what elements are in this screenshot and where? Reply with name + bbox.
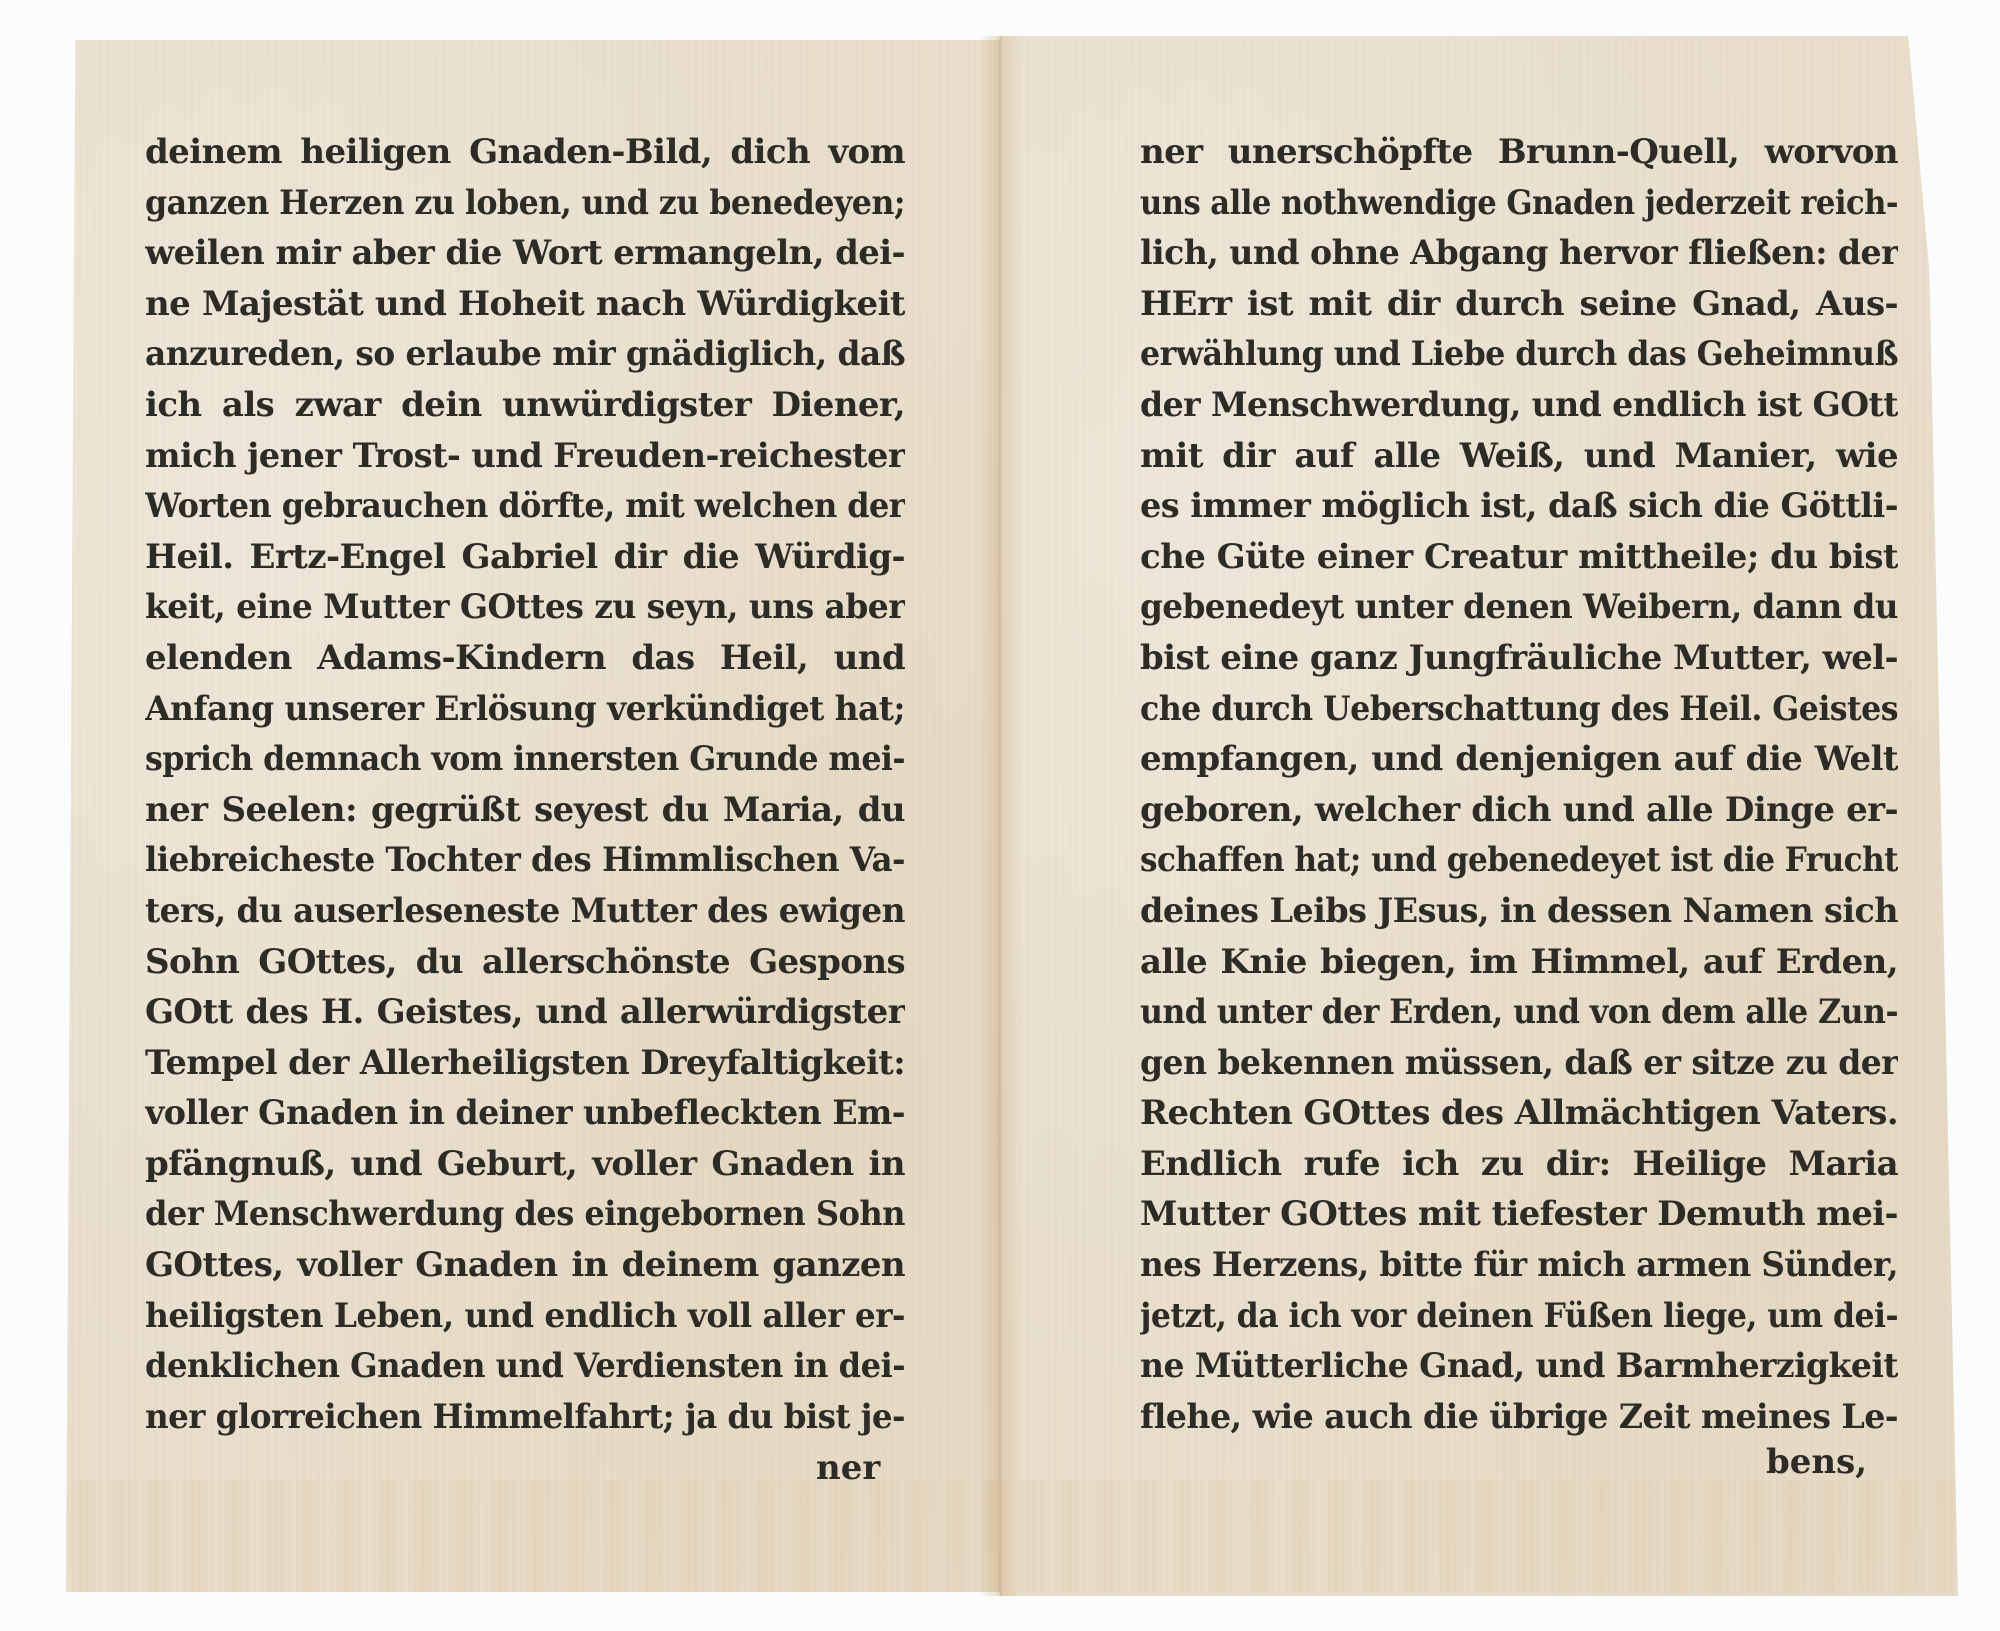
- text-line: ich als zwar dein unwürdigster Diener,: [145, 380, 905, 431]
- text-line: alle Knie biegen, im Himmel, auf Erden,: [1140, 937, 1898, 988]
- text-line: lich, und ohne Abgang hervor fließen: de…: [1140, 228, 1898, 279]
- text-line: ganzen Herzen zu loben, und zu benedeyen…: [145, 178, 905, 229]
- text-line: geboren, welcher dich und alle Dinge er-: [1140, 785, 1898, 836]
- text-line: und unter der Erden, und von dem alle Zu…: [1140, 987, 1898, 1038]
- right-page-text: ner unerschöpfte Brunn-Quell, worvon uns…: [1140, 127, 1898, 1442]
- text-line: bist eine ganz Jungfräuliche Mutter, wel…: [1140, 633, 1898, 684]
- right-catchword: bens,: [1766, 1437, 1867, 1487]
- text-line: che Güte einer Creatur mittheile; du bis…: [1140, 532, 1898, 583]
- text-line: jetzt, da ich vor deinen Füßen liege, um…: [1140, 1291, 1898, 1342]
- paper-stain: [66, 1480, 1956, 1592]
- text-line: pfängnuß, und Geburt, voller Gnaden in: [145, 1139, 905, 1190]
- text-line: es immer möglich ist, daß sich die Göttl…: [1140, 481, 1898, 532]
- text-line: Tempel der Allerheiligsten Dreyfaltigkei…: [145, 1038, 905, 1089]
- text-line: schaffen hat; und gebenedeyet ist die Fr…: [1140, 835, 1898, 886]
- text-line: GOtt des H. Geistes, und allerwürdigster: [145, 987, 905, 1038]
- text-line: Mutter GOttes mit tiefester Demuth mei-: [1140, 1189, 1898, 1240]
- text-line: der Menschwerdung des eingebornen Sohn: [145, 1189, 905, 1240]
- text-line: mich jener Trost- und Freuden-reichester: [145, 431, 905, 482]
- text-line: ner unerschöpfte Brunn-Quell, worvon: [1140, 127, 1898, 178]
- text-line: ters, du auserleseneste Mutter des ewige…: [145, 886, 905, 937]
- text-line: empfangen, und denjenigen auf die Welt: [1140, 734, 1898, 785]
- text-line: Worten gebrauchen dörfte, mit welchen de…: [145, 481, 905, 532]
- text-line: elenden Adams-Kindern das Heil, und: [145, 633, 905, 684]
- text-line: deines Leibs JEsus, in dessen Namen sich: [1140, 886, 1898, 937]
- text-line: che durch Ueberschattung des Heil. Geist…: [1140, 684, 1898, 735]
- text-line: gebenedeyt unter denen Weibern, dann du: [1140, 582, 1898, 633]
- text-line: erwählung und Liebe durch das Geheimnuß: [1140, 329, 1898, 380]
- text-line: HErr ist mit dir durch seine Gnad, Aus-: [1140, 279, 1898, 330]
- text-line: uns alle nothwendige Gnaden jederzeit re…: [1140, 178, 1898, 229]
- text-line: Endlich rufe ich zu dir: Heilige Maria: [1140, 1139, 1898, 1190]
- text-line: keit, eine Mutter GOttes zu seyn, uns ab…: [145, 582, 905, 633]
- text-line: anzureden, so erlaube mir gnädiglich, da…: [145, 329, 905, 380]
- text-line: Rechten GOttes des Allmächtigen Vaters.: [1140, 1088, 1898, 1139]
- left-page-text: deinem heiligen Gnaden-Bild, dich vom ga…: [145, 127, 905, 1442]
- document-spread: deinem heiligen Gnaden-Bild, dich vom ga…: [0, 0, 2000, 1631]
- text-line: mit dir auf alle Weiß, und Manier, wie: [1140, 431, 1898, 482]
- text-line: voller Gnaden in deiner unbefleckten Em-: [145, 1088, 905, 1139]
- text-line: ne Mütterliche Gnad, und Barmherzigkeit: [1140, 1341, 1898, 1392]
- text-line: heiligsten Leben, und endlich voll aller…: [145, 1291, 905, 1342]
- text-line: Anfang unserer Erlösung verkündiget hat;: [145, 684, 905, 735]
- text-line: Heil. Ertz-Engel Gabriel dir die Würdig-: [145, 532, 905, 583]
- text-line: nes Herzens, bitte für mich armen Sünder…: [1140, 1240, 1898, 1291]
- text-line: Sohn GOttes, du allerschönste Gespons: [145, 937, 905, 988]
- left-catchword: ner: [816, 1443, 880, 1493]
- text-line: denklichen Gnaden und Verdiensten in dei…: [145, 1341, 905, 1392]
- text-line: ne Majestät und Hoheit nach Würdigkeit: [145, 279, 905, 330]
- text-line: ner glorreichen Himmelfahrt; ja du bist …: [145, 1392, 905, 1443]
- text-line: flehe, wie auch die übrige Zeit meines L…: [1140, 1392, 1898, 1443]
- text-line: weilen mir aber die Wort ermangeln, dei-: [145, 228, 905, 279]
- text-line: liebreicheste Tochter des Himmlischen Va…: [145, 835, 905, 886]
- center-fold: [978, 36, 1022, 1596]
- text-line: GOttes, voller Gnaden in deinem ganzen: [145, 1240, 905, 1291]
- text-line: sprich demnach vom innersten Grunde mei-: [145, 734, 905, 785]
- text-line: der Menschwerdung, und endlich ist GOtt: [1140, 380, 1898, 431]
- text-line: gen bekennen müssen, daß er sitze zu der: [1140, 1038, 1898, 1089]
- text-line: deinem heiligen Gnaden-Bild, dich vom: [145, 127, 905, 178]
- text-line: ner Seelen: gegrüßt seyest du Maria, du: [145, 785, 905, 836]
